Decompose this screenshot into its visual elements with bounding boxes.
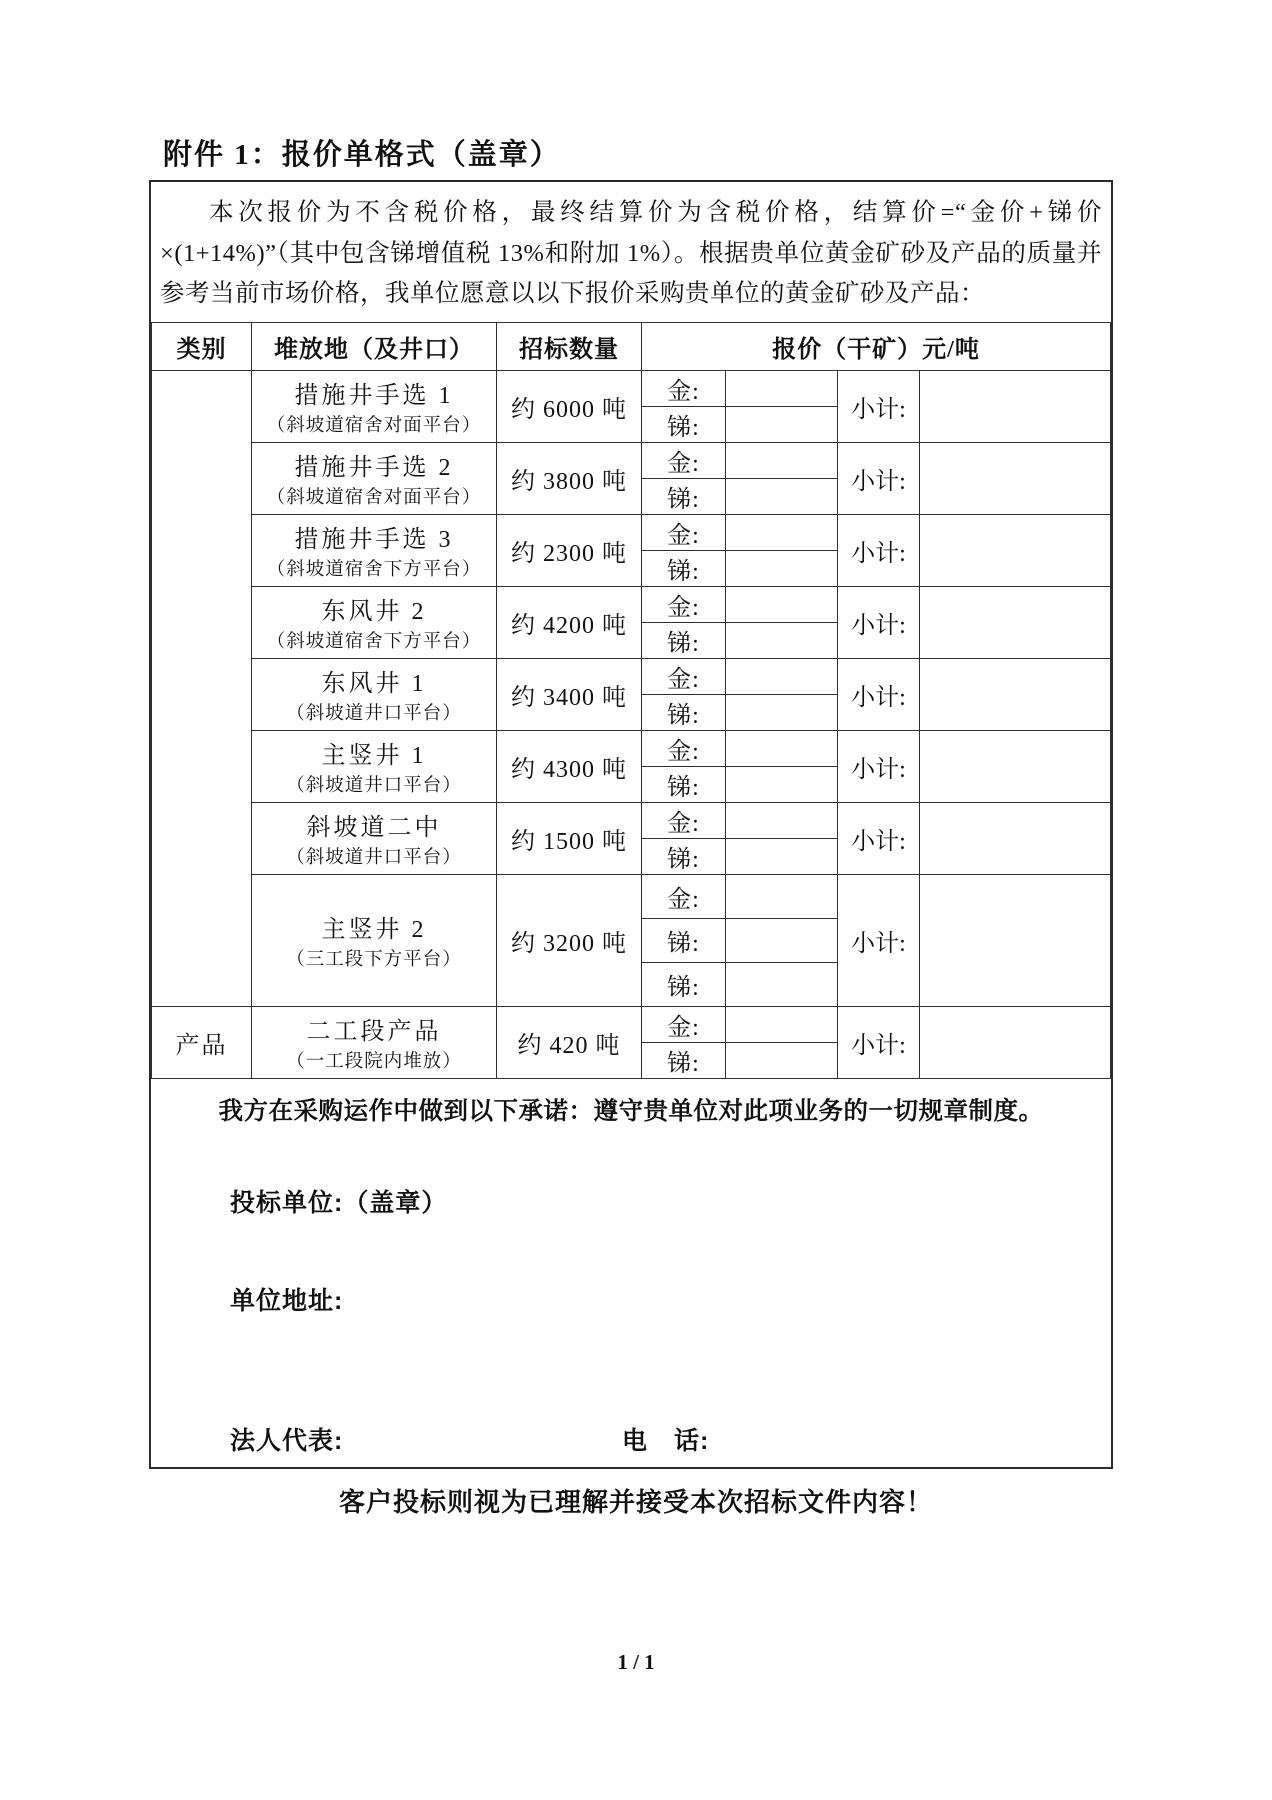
- subtotal-value-field[interactable]: [920, 1006, 1111, 1078]
- gold-value-field[interactable]: [726, 1006, 838, 1042]
- legal-rep-label: 法人代表:: [230, 1421, 622, 1457]
- header-price: 报价（干矿）元/吨: [642, 322, 1111, 370]
- gold-label: 金:: [642, 658, 726, 694]
- subtotal-label: 小计:: [838, 370, 920, 442]
- table-row: 措施井手选 2 （斜坡道宿舍对面平台） 约 3800 吨 金: 小计:: [152, 442, 1111, 478]
- location-name: 东风井 1: [252, 663, 496, 698]
- header-quantity: 招标数量: [497, 322, 642, 370]
- antimony-label: 锑:: [642, 478, 726, 514]
- antimony-value-field[interactable]: [726, 478, 838, 514]
- phone-label: 电 话:: [622, 1421, 709, 1457]
- bidder-unit-label: 投标单位:（盖章）: [230, 1183, 1111, 1219]
- quantity-cell: 约 4200 吨: [497, 586, 642, 658]
- gold-label: 金:: [642, 370, 726, 406]
- subtotal-label: 小计:: [838, 514, 920, 586]
- gold-label: 金:: [642, 514, 726, 550]
- gold-label: 金:: [642, 1006, 726, 1042]
- gold-value-field[interactable]: [726, 442, 838, 478]
- subtotal-value-field[interactable]: [920, 586, 1111, 658]
- antimony-label: 锑:: [642, 1042, 726, 1078]
- category-cell-product: 产品: [152, 1006, 252, 1078]
- antimony-value-field[interactable]: [726, 694, 838, 730]
- location-detail: （斜坡道井口平台）: [252, 699, 496, 725]
- antimony-value-field[interactable]: [726, 962, 838, 1006]
- quantity-cell: 约 6000 吨: [497, 370, 642, 442]
- gold-value-field[interactable]: [726, 658, 838, 694]
- page-number: 1 / 1: [0, 1650, 1272, 1675]
- location-name: 措施井手选 3: [252, 519, 496, 554]
- gold-value-field[interactable]: [726, 586, 838, 622]
- table-row: 主竖井 1 （斜坡道井口平台） 约 4300 吨 金: 小计:: [152, 730, 1111, 766]
- table-row: 措施井手选 1 （斜坡道宿舍对面平台） 约 6000 吨 金: 小计:: [152, 370, 1111, 406]
- table-row: 东风井 2 （斜坡道宿舍下方平台） 约 4200 吨 金: 小计:: [152, 586, 1111, 622]
- form-box: 本次报价为不含税价格，最终结算价为含税价格，结算价=“金价+锑价×(1+14%)…: [149, 180, 1113, 1469]
- antimony-value-field[interactable]: [726, 766, 838, 802]
- location-cell: 措施井手选 1 （斜坡道宿舍对面平台）: [252, 370, 497, 442]
- location-name: 主竖井 1: [252, 735, 496, 770]
- subtotal-value-field[interactable]: [920, 874, 1111, 1006]
- location-cell: 斜坡道二中 （斜坡道井口平台）: [252, 802, 497, 874]
- gold-label: 金:: [642, 730, 726, 766]
- location-detail: （斜坡道井口平台）: [252, 771, 496, 797]
- location-cell: 东风井 2 （斜坡道宿舍下方平台）: [252, 586, 497, 658]
- antimony-label: 锑:: [642, 838, 726, 874]
- location-name: 二工段产品: [252, 1011, 496, 1046]
- gold-value-field[interactable]: [726, 370, 838, 406]
- subtotal-label: 小计:: [838, 586, 920, 658]
- header-location: 堆放地（及井口）: [252, 322, 497, 370]
- quantity-cell: 约 3400 吨: [497, 658, 642, 730]
- gold-value-field[interactable]: [726, 730, 838, 766]
- table-row: 斜坡道二中 （斜坡道井口平台） 约 1500 吨 金: 小计:: [152, 802, 1111, 838]
- subtotal-label: 小计:: [838, 802, 920, 874]
- antimony-label: 锑:: [642, 962, 726, 1006]
- location-detail: （斜坡道宿舍对面平台）: [252, 411, 496, 437]
- location-cell: 二工段产品 （一工段院内堆放）: [252, 1006, 497, 1078]
- antimony-value-field[interactable]: [726, 918, 838, 962]
- location-detail: （斜坡道宿舍下方平台）: [252, 627, 496, 653]
- category-cell-empty: [152, 370, 252, 1006]
- subtotal-label: 小计:: [838, 658, 920, 730]
- subtotal-value-field[interactable]: [920, 370, 1111, 442]
- gold-label: 金:: [642, 586, 726, 622]
- location-cell: 主竖井 1 （斜坡道井口平台）: [252, 730, 497, 802]
- table-row: 东风井 1 （斜坡道井口平台） 约 3400 吨 金: 小计:: [152, 658, 1111, 694]
- quantity-cell: 约 420 吨: [497, 1006, 642, 1078]
- antimony-label: 锑:: [642, 918, 726, 962]
- location-name: 斜坡道二中: [252, 807, 496, 842]
- antimony-value-field[interactable]: [726, 1042, 838, 1078]
- legal-rep-row: 法人代表: 电 话:: [230, 1421, 1111, 1457]
- location-cell: 措施井手选 3 （斜坡道宿舍下方平台）: [252, 514, 497, 586]
- table-row: 措施井手选 3 （斜坡道宿舍下方平台） 约 2300 吨 金: 小计:: [152, 514, 1111, 550]
- quantity-cell: 约 3800 吨: [497, 442, 642, 514]
- table-header-row: 类别 堆放地（及井口） 招标数量 报价（干矿）元/吨: [152, 322, 1111, 370]
- unit-address-label: 单位地址:: [230, 1281, 1111, 1317]
- antimony-label: 锑:: [642, 550, 726, 586]
- header-category: 类别: [152, 322, 252, 370]
- quantity-cell: 约 4300 吨: [497, 730, 642, 802]
- location-cell: 主竖井 2 （三工段下方平台）: [252, 874, 497, 1006]
- antimony-value-field[interactable]: [726, 838, 838, 874]
- subtotal-value-field[interactable]: [920, 802, 1111, 874]
- antimony-label: 锑:: [642, 622, 726, 658]
- antimony-value-field[interactable]: [726, 550, 838, 586]
- location-name: 措施井手选 1: [252, 375, 496, 410]
- subtotal-label: 小计:: [838, 874, 920, 1006]
- subtotal-label: 小计:: [838, 730, 920, 802]
- gold-value-field[interactable]: [726, 874, 838, 918]
- quotation-table: 类别 堆放地（及井口） 招标数量 报价（干矿）元/吨 措施井手选 1 （斜坡道宿…: [151, 322, 1111, 1079]
- location-detail: （斜坡道宿舍下方平台）: [252, 555, 496, 581]
- gold-label: 金:: [642, 442, 726, 478]
- intro-paragraph: 本次报价为不含税价格，最终结算价为含税价格，结算价=“金价+锑价×(1+14%)…: [160, 193, 1102, 315]
- antimony-value-field[interactable]: [726, 406, 838, 442]
- location-name: 主竖井 2: [252, 909, 496, 944]
- location-name: 东风井 2: [252, 591, 496, 626]
- antimony-value-field[interactable]: [726, 622, 838, 658]
- gold-label: 金:: [642, 802, 726, 838]
- page-title: 附件 1：报价单格式（盖章）: [163, 132, 561, 173]
- gold-value-field[interactable]: [726, 802, 838, 838]
- table-row: 主竖井 2 （三工段下方平台） 约 3200 吨 金: 小计:: [152, 874, 1111, 918]
- subtotal-value-field[interactable]: [920, 514, 1111, 586]
- location-cell: 措施井手选 2 （斜坡道宿舍对面平台）: [252, 442, 497, 514]
- location-detail: （三工段下方平台）: [252, 945, 496, 971]
- subtotal-label: 小计:: [838, 1006, 920, 1078]
- subtotal-value-field[interactable]: [920, 442, 1111, 514]
- antimony-label: 锑:: [642, 694, 726, 730]
- quantity-cell: 约 2300 吨: [497, 514, 642, 586]
- subtotal-label: 小计:: [838, 442, 920, 514]
- quantity-cell: 约 1500 吨: [497, 802, 642, 874]
- commitment-statement: 我方在采购运作中做到以下承诺：遵守贵单位对此项业务的一切规章制度。: [151, 1092, 1111, 1127]
- antimony-label: 锑:: [642, 406, 726, 442]
- subtotal-value-field[interactable]: [920, 658, 1111, 730]
- signature-block: 投标单位:（盖章） 单位地址: 法人代表: 电 话:: [230, 1183, 1111, 1457]
- location-detail: （斜坡道井口平台）: [252, 843, 496, 869]
- quantity-cell: 约 3200 吨: [497, 874, 642, 1006]
- location-name: 措施井手选 2: [252, 447, 496, 482]
- location-cell: 东风井 1 （斜坡道井口平台）: [252, 658, 497, 730]
- location-detail: （斜坡道宿舍对面平台）: [252, 483, 496, 509]
- antimony-label: 锑:: [642, 766, 726, 802]
- table-row: 产品 二工段产品 （一工段院内堆放） 约 420 吨 金: 小计:: [152, 1006, 1111, 1042]
- location-detail: （一工段院内堆放）: [252, 1047, 496, 1073]
- gold-label: 金:: [642, 874, 726, 918]
- gold-value-field[interactable]: [726, 514, 838, 550]
- subtotal-value-field[interactable]: [920, 730, 1111, 802]
- footer-note: 客户投标则视为已理解并接受本次招标文件内容！: [0, 1482, 1272, 1519]
